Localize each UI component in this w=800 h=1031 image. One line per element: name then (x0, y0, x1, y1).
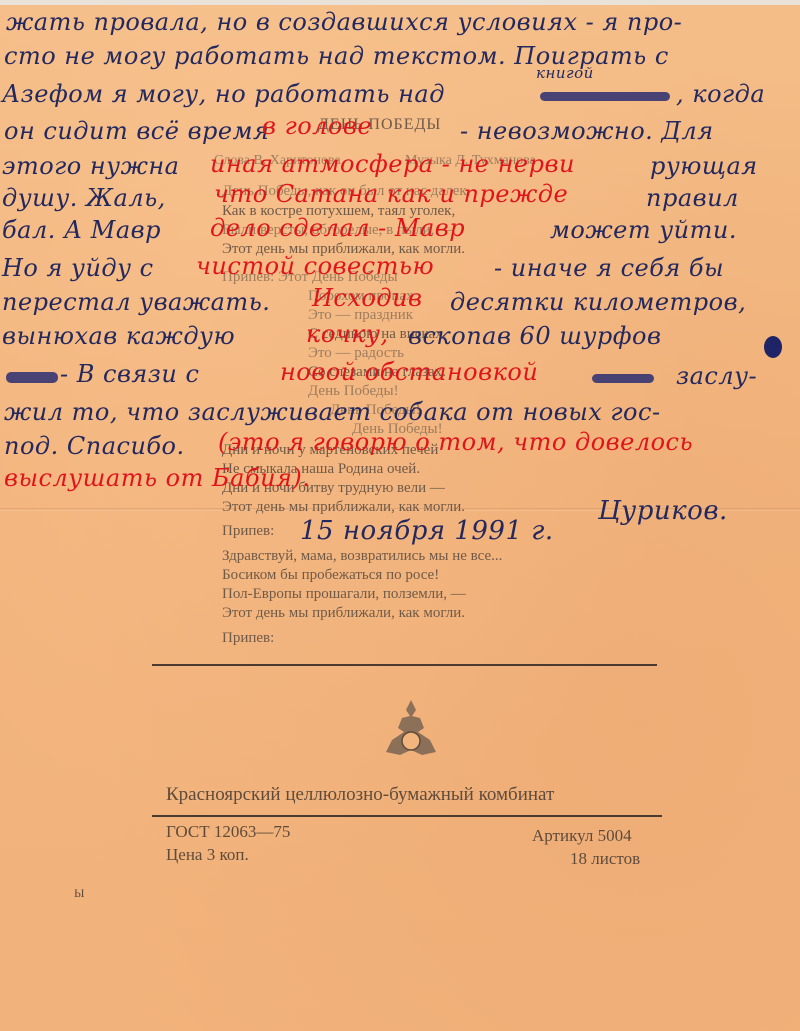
handwritten-line-tail: может уйти. (550, 216, 737, 244)
gost-standard: ГОСТ 12063—75 (166, 822, 290, 842)
handwritten-line: этого нужна (2, 152, 179, 180)
crossed-out-word (6, 372, 58, 383)
red-correction: иная атмосфера - не нерви (210, 150, 575, 178)
handwritten-line-tail: вскопав 60 шурфов (408, 322, 661, 350)
song-line: Припев: (222, 523, 274, 540)
handwritten-line: он сидит всё время (4, 117, 269, 145)
handwritten-line-tail: правил (646, 184, 739, 212)
song-line: Этот день мы приближали, как могли. (222, 605, 465, 622)
manufacturer-name: Красноярский целлюлозно-бумажный комбина… (166, 784, 554, 806)
handwritten-date: 15 ноября 1991 г. (300, 516, 554, 546)
handwritten-line: под. Спасибо. (4, 432, 185, 460)
corner-mark: Ы (74, 886, 84, 901)
crossed-out-word (540, 92, 670, 101)
handwritten-line-tail: - иначе я себя бы (494, 254, 724, 282)
red-correction: дело сделал - Мавр (210, 214, 465, 242)
handwritten-line: Но я уйду с (2, 254, 154, 282)
red-correction: чистой совестью (196, 252, 434, 280)
divider-top (152, 664, 657, 666)
crossed-out-word (592, 374, 654, 383)
red-correction: (это я говорю о том, что довелось (218, 428, 693, 456)
handwritten-line: душу. Жаль, (2, 184, 166, 212)
sheet-count: 18 листов (570, 849, 640, 869)
song-line: Припев: (222, 630, 274, 647)
handwritten-line: выслушать от Бабия). (4, 464, 310, 492)
handwritten-line: Азефом я могу, но работать над (2, 80, 445, 108)
handwritten-line: жил то, что заслуживает собака от новых … (4, 398, 661, 426)
handwritten-line: - В связи с (60, 360, 199, 388)
red-correction: что Сатана как и прежде (214, 180, 568, 208)
handwritten-line: перестал уважать. (2, 288, 270, 316)
signature: Цуриков. (598, 496, 728, 526)
article-number: Артикул 5004 (532, 826, 632, 846)
handwritten-line-tail: - невозможно. Для (460, 117, 714, 145)
song-line: Пол-Европы прошагали, полземли, — (222, 586, 466, 603)
price: Цена 3 коп. (166, 845, 249, 865)
handwritten-line-tail: рующая (650, 152, 758, 180)
paper-top-edge (0, 0, 800, 5)
handwritten-line-tail: десятки километров, (450, 288, 746, 316)
inserted-word: книгой (536, 64, 594, 82)
pulp-mill-triangle-logo-icon (382, 698, 440, 758)
handwritten-line-tail: , когда (676, 80, 765, 108)
handwritten-line-tail: заслу- (676, 362, 757, 390)
handwritten-line: бал. А Мавр (2, 216, 161, 244)
handwritten-line: вынюхав каждую (2, 322, 235, 350)
handwritten-line: жать провала, но в создавшихся условиях … (6, 8, 682, 36)
red-correction: Исходив (312, 284, 423, 312)
red-correction: кочку, (306, 320, 389, 348)
divider-bottom (152, 815, 662, 817)
red-correction: новой обстановкой (280, 358, 538, 386)
ink-blot (764, 336, 782, 358)
song-line: Здравствуй, мама, возвратились мы не все… (222, 548, 502, 565)
song-line: Босиком бы пробежаться по росе! (222, 567, 439, 584)
red-correction: в голове (262, 112, 372, 140)
song-line: Этот день мы приближали, как могли. (222, 499, 465, 516)
